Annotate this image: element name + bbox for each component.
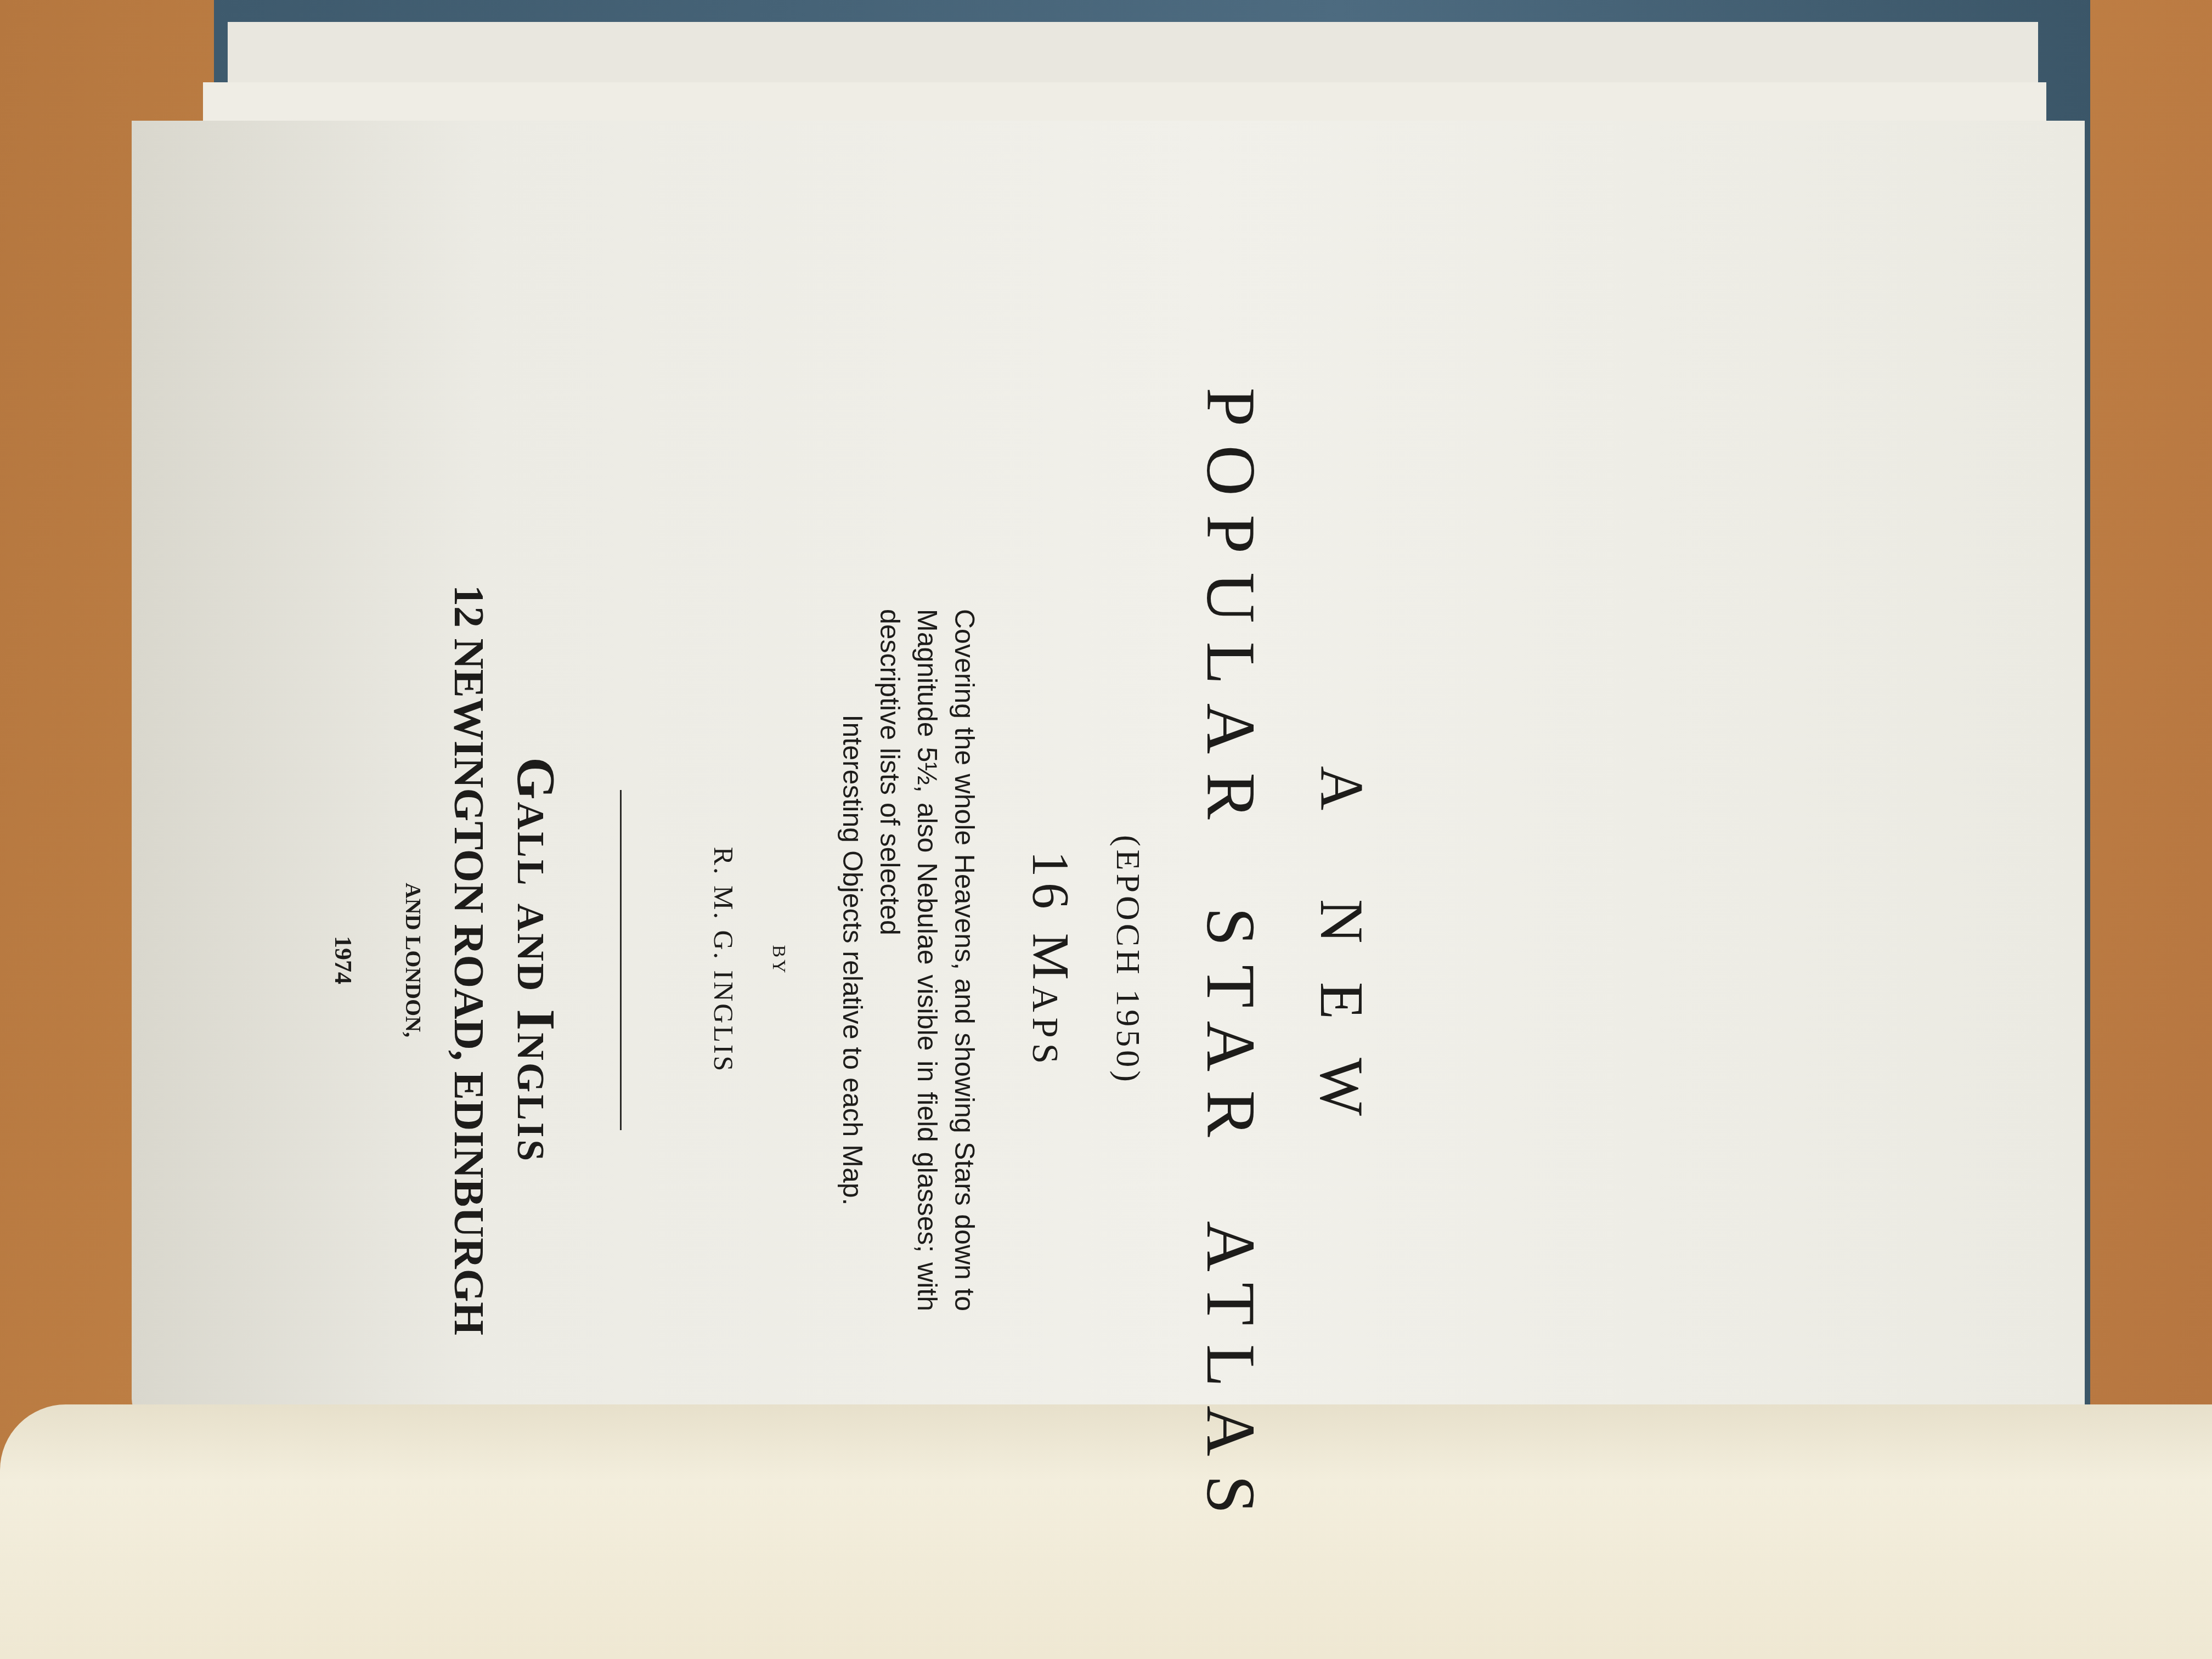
divider-rule — [620, 790, 622, 1130]
title-line-2: POPULAR STAR ATLAS — [1190, 351, 1271, 1569]
description-line: Covering the whole Heavens, and showing … — [949, 609, 980, 1206]
by-label: BY — [768, 351, 789, 1569]
maps-count: 16 Maps — [1020, 351, 1081, 1569]
description-line: Interesting Objects relative to each Map… — [834, 609, 871, 1311]
epoch-label: (EPOCH 1950) — [1108, 351, 1147, 1569]
author-name: R. M. G. INGLIS — [708, 351, 740, 1569]
publisher-name: Gall and Inglis — [505, 351, 568, 1569]
publisher-also: AND LONDON, — [400, 351, 426, 1569]
publication-year: 1974 — [329, 351, 357, 1569]
description: Covering the whole Heavens, and showing … — [834, 609, 983, 1311]
title-line-1: A NEW — [1306, 351, 1376, 1569]
title-page-content: A NEW POPULAR STAR ATLAS (EPOCH 1950) 16… — [439, 351, 1767, 1569]
publisher-address: 12 NEWINGTON ROAD, EDINBURGH — [444, 351, 494, 1569]
